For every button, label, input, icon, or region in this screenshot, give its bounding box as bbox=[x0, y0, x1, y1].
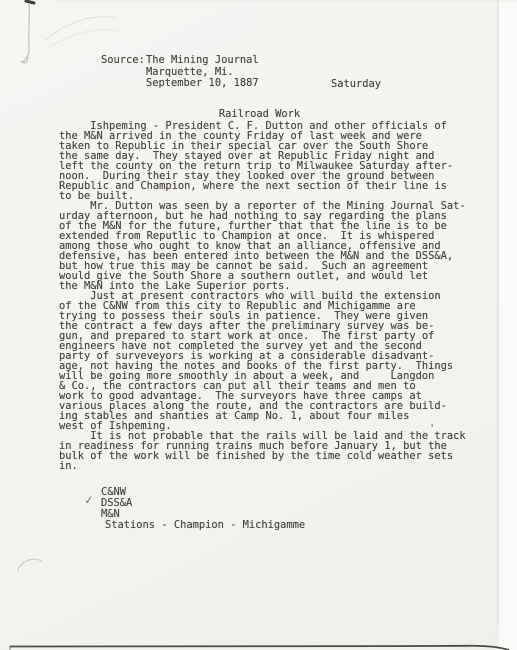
page-bottom-edge-line bbox=[10, 646, 509, 650]
article-title: Railroad Work bbox=[59, 109, 460, 121]
tag-dssa: DSS&A bbox=[101, 498, 305, 509]
paragraph-1: Ishpeming - President C. F. Dutton and o… bbox=[59, 121, 466, 201]
stray-pencil-mark: ' bbox=[429, 423, 435, 435]
pencil-arc-bottom-left bbox=[17, 559, 43, 571]
paragraph-2: Mr. Dutton was seen by a reporter of the… bbox=[59, 201, 466, 291]
pencil-scribble-2 bbox=[49, 30, 119, 47]
pencil-vertical-stroke bbox=[22, 3, 30, 63]
source-label: Source: bbox=[101, 55, 145, 67]
pencil-smudge-top bbox=[26, 1, 34, 3]
source-details: The Mining Journal Marquette, Mi. Septem… bbox=[146, 55, 259, 90]
weekday-label: Saturday bbox=[331, 79, 381, 91]
index-tags: C&NW DSS&A M&N Stations - Champion - Mic… bbox=[101, 487, 305, 531]
paragraph-4: It is not probable that the rails will b… bbox=[59, 431, 466, 471]
checkmark-icon: ✓ bbox=[84, 493, 93, 509]
pencil-scribble-1 bbox=[45, 17, 116, 41]
scanned-document-page: Source: The Mining Journal Marquette, Mi… bbox=[0, 0, 517, 650]
scan-right-margin bbox=[499, 0, 517, 650]
paragraph-3: Just at present contractors who will bui… bbox=[59, 291, 466, 431]
article-body: Ishpeming - President C. F. Dutton and o… bbox=[59, 121, 466, 471]
stations-line: Stations - Champion - Michigamme bbox=[105, 520, 305, 531]
